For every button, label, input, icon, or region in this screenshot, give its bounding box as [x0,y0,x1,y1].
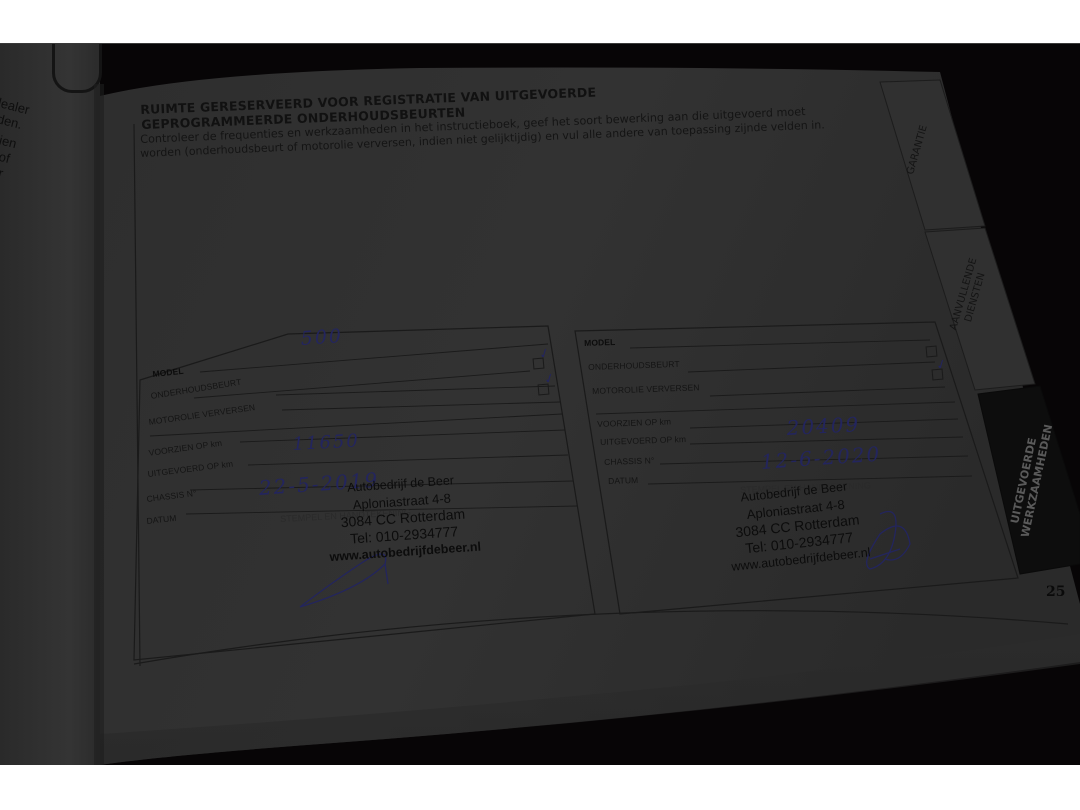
left-uitgevoerd-km-value[interactable]: 11650 [292,430,360,454]
left-dealer-stamp: Autobedrijf de Beer Aploniastraat 4-8 30… [290,468,515,568]
page-number: 25 [1046,584,1065,600]
main-page: RUIMTE GERESERVEERD VOOR REGISTRATIE VAN… [0,44,1080,765]
right-label-datum: DATUM [608,475,638,486]
left-model-value[interactable]: 500 [300,325,344,350]
right-label-chassis: CHASSIS N° [604,455,655,467]
right-label-model: MODEL [584,337,616,348]
right-uitgevoerd-km-value[interactable]: 20409 [786,412,861,440]
booklet-photo: dealer eden. ndien an of door [0,44,1080,765]
right-checkbox-onderhoudsbeurt[interactable] [926,346,938,358]
